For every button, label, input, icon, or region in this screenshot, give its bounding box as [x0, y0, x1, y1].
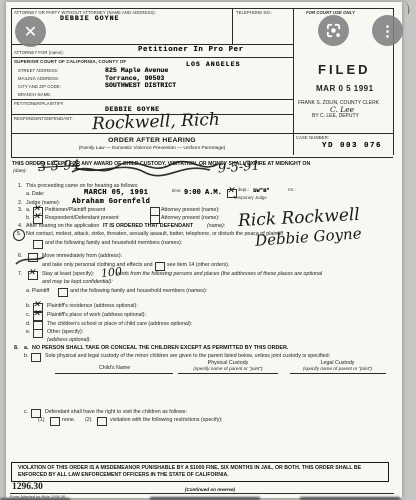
visitation-restricted-text: visitation with the following restrictio…: [110, 417, 222, 424]
city-zip-label: CITY AND ZIP CODE:: [18, 84, 61, 89]
family-members-checkbox[interactable]: [33, 240, 43, 249]
table-col-legal-custody-sub: (specify name of parent or "joint"): [290, 366, 385, 372]
court-name-label: SUPERIOR COURT OF CALIFORNIA, COUNTY OF: [14, 59, 126, 64]
time-label: time:: [172, 188, 182, 193]
dept-value: SW"B": [253, 187, 270, 194]
respondent-label: RESPONDENT/DEFENDANT:: [14, 116, 73, 121]
form-number: 1296.30: [12, 482, 43, 492]
item7a-label: a. Plaintiff: [26, 288, 49, 295]
item4-text-pre: After hearing on the application: [26, 223, 99, 230]
visitation-none-checkbox[interactable]: [50, 417, 60, 426]
item7e-label: e.: [26, 329, 30, 336]
branch-label: BRANCH NAME:: [18, 92, 51, 97]
other-checkbox[interactable]: [33, 329, 43, 338]
temporary-judge-label: Temporary Judge: [233, 195, 267, 200]
more-options-button[interactable]: ⋮: [372, 15, 403, 46]
filed-date: MAR 0 5 1991: [316, 84, 374, 93]
mailing-value: Torrance, 90503: [105, 75, 164, 82]
item8b-label: b.: [24, 353, 28, 360]
item7b-label: b.: [26, 303, 30, 310]
photo-viewer: ATTORNEY OR PARTY WITHOUT ATTORNEY (NAME…: [0, 0, 416, 500]
visitation-restricted-checkbox[interactable]: [97, 417, 107, 426]
stay-away-checkbox[interactable]: [28, 271, 38, 280]
item8c-label: c.: [24, 409, 28, 416]
table-underline: [55, 373, 173, 374]
border: [11, 8, 12, 158]
residence-text: Plaintiff's residence (address optional)…: [47, 303, 138, 310]
see-item14-checkbox[interactable]: [155, 262, 165, 271]
family-members-text: and the following family and household m…: [45, 240, 182, 247]
item5-number-circled: 5.: [13, 229, 25, 241]
respondent-present-text: Respondent/Defendant present: [45, 215, 119, 222]
expire-date-handwritten: 9-5-91: [218, 159, 261, 177]
sole-custody-text: Sole physical and legal custody of the m…: [45, 353, 393, 360]
item3a-label: a.: [26, 207, 30, 214]
item7d-label: d.: [26, 321, 30, 328]
dept-label: dept.:: [238, 187, 249, 192]
item1-number: 1.: [18, 183, 22, 190]
street-value: 825 Maple Avenue: [105, 67, 168, 74]
item8a-text: NO PERSON SHALL TAKE OR CONCEAL THE CHIL…: [32, 345, 288, 351]
item2-label: Judge (name):: [26, 200, 60, 207]
border: [11, 133, 393, 134]
item6-sub-text: and take only personal clothing and effe…: [42, 262, 153, 269]
item2-number: 2.: [18, 200, 22, 207]
petitioner-label: PETITIONER/PLAINTIFF:: [14, 101, 65, 106]
stay-away-text-cont: and may be kept confidential):: [42, 279, 113, 286]
attorney-name: DEBBIE GOYNE: [60, 15, 119, 22]
stay-away-text-pre: Stay at least (specify):: [42, 271, 94, 278]
violation-warning-text: VIOLATION OF THIS ORDER IS A MISDEMEANOR…: [12, 463, 388, 481]
workplace-text: Plaintiff's place of work (address optio…: [47, 312, 146, 319]
lens-button[interactable]: [318, 15, 349, 46]
see-item14-text: see item 14 (other orders).: [167, 262, 229, 269]
other-text: Other (specify):: [47, 329, 83, 336]
item7c-label: c.: [26, 312, 30, 319]
telephone-label: TELEPHONE NO.:: [236, 10, 273, 15]
respondent-attorney-text: Attorney present (name):: [161, 215, 220, 222]
street-label: STREET ADDRESS:: [18, 68, 58, 73]
border: [232, 8, 233, 44]
item4-name-label: (name):: [207, 223, 225, 230]
table-underline: [290, 373, 386, 374]
petitioner-present-text: Petitioner/Plaintiff present: [45, 207, 105, 214]
close-icon: ✕: [24, 22, 37, 42]
workplace-checkbox[interactable]: [33, 312, 43, 321]
case-number-label: CASE NUMBER:: [296, 135, 329, 140]
table-col-child-name: Child's Name: [57, 365, 172, 372]
form-title: ORDER AFTER HEARING: [11, 137, 293, 144]
border: [11, 99, 293, 100]
close-button[interactable]: ✕: [15, 16, 46, 47]
item3-number: 3.: [18, 207, 22, 214]
scribble-mark: [70, 158, 220, 180]
item8c2-label: (2): [85, 417, 91, 424]
visitation-none-text: none.: [62, 417, 75, 424]
filed-stamp: FILED: [318, 62, 371, 77]
plaintiff-family-text: and the following family and household m…: [70, 288, 207, 295]
visitation-right-text: Defendant shall have the right to visit …: [45, 409, 187, 416]
mailing-label: MAILING ADDRESS:: [18, 76, 59, 81]
footer-rule: [10, 493, 394, 494]
item1a-date-label: a. Date:: [26, 191, 45, 198]
attorney-for-value: Petitioner In Pro Per: [138, 46, 244, 54]
more-options-icon: ⋮: [380, 22, 395, 40]
hearing-date: MARCH 05, 1991: [84, 189, 148, 197]
border: [11, 57, 293, 58]
table-col-physical-custody-sub: (specify name of parent or "joint"): [178, 366, 278, 372]
other-address-optional: (address optional):: [47, 337, 91, 344]
form-subtitle: (Family Law — Domestic Violence Preventi…: [11, 146, 293, 151]
judge-name: Abraham Gorenfeld: [72, 198, 150, 206]
county-value: LOS ANGELES: [186, 61, 241, 68]
expire-date-label: (date):: [13, 169, 27, 175]
table-underline: [178, 373, 278, 374]
school-text: The children's school or place of child …: [47, 321, 192, 328]
item3b-label: b.: [26, 215, 30, 222]
move-immediately-text: Move immediately from (address):: [42, 253, 122, 260]
continued-on-reverse: (Continued on reverse): [150, 487, 270, 492]
plaintiff-family-checkbox[interactable]: [58, 288, 68, 297]
district-value: SOUTHWEST DISTRICT: [105, 82, 176, 89]
sole-custody-checkbox[interactable]: [31, 353, 41, 362]
lens-icon: [325, 22, 342, 39]
stay-away-text-post: yards from the following persons and pla…: [116, 271, 392, 278]
item8c1-label: (1): [38, 417, 44, 424]
item8a-label: a.: [24, 345, 29, 351]
item7-number: 7.: [18, 271, 22, 278]
item8-number: 8.: [14, 345, 19, 351]
border: [11, 44, 293, 45]
border: [11, 8, 393, 9]
item4-text-ordered: IT IS ORDERED THAT DEFENDANT: [103, 223, 193, 229]
hearing-time: 9:00 A.M.: [184, 189, 222, 197]
filed-deputy: BY C. LEE, DEPUTY: [312, 113, 359, 119]
violation-warning-box: VIOLATION OF THIS ORDER IS A MISDEMEANOR…: [11, 462, 389, 482]
room-label: rm.:: [288, 187, 296, 192]
case-number-value: YD 003 076: [322, 142, 382, 150]
attorney-for-label: ATTORNEY FOR (name):: [14, 50, 64, 55]
attorney-label: ATTORNEY OR PARTY WITHOUT ATTORNEY (NAME…: [14, 10, 229, 15]
petitioner-attorney-text: Attorney present (name):: [161, 207, 220, 214]
